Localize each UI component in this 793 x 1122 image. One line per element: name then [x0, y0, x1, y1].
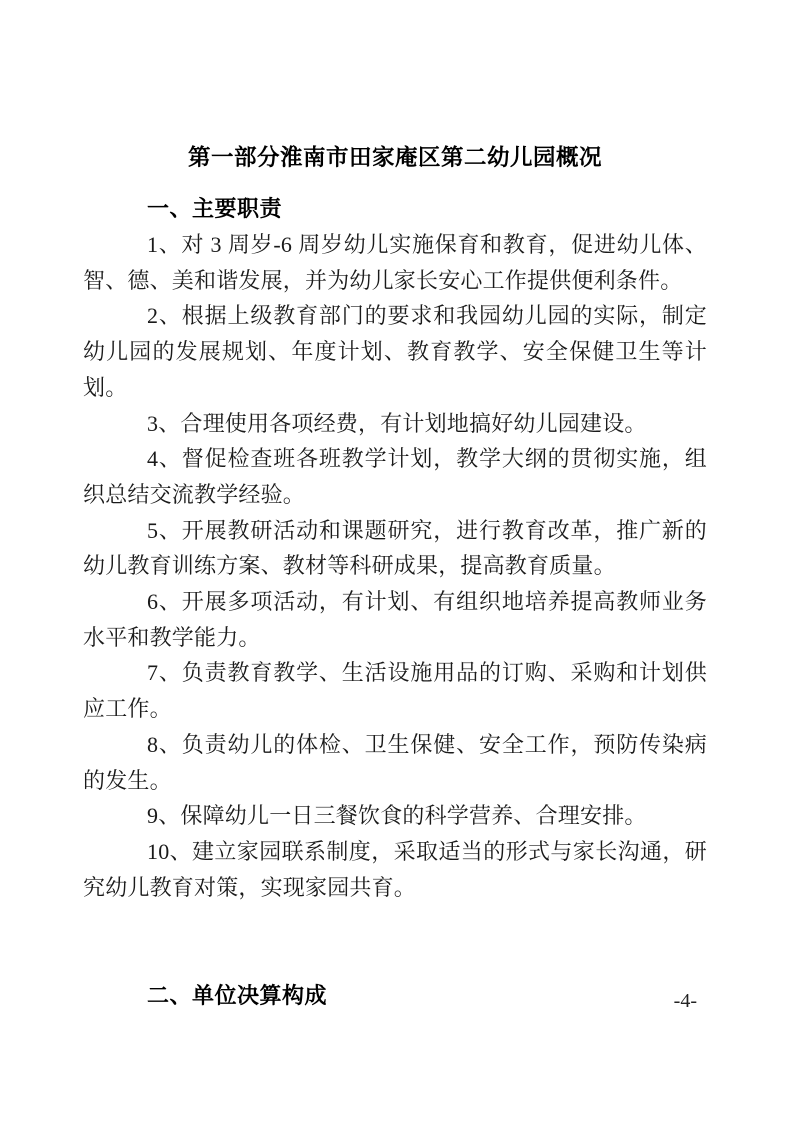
- paragraph: 6、开展多项活动，有计划、有组织地培养提高教师业务水平和教学能力。: [83, 584, 707, 655]
- section-heading-main-duties: 一、主要职责: [83, 196, 707, 221]
- paragraph: 5、开展教研活动和课题研究，进行教育改革，推广新的幼儿教育训练方案、教材等科研成…: [83, 513, 707, 584]
- section-body-main-duties: 1、对 3 周岁-6 周岁幼儿实施保育和教育，促进幼儿体、智、德、美和谐发展，并…: [83, 227, 707, 905]
- document-content: 第一部分淮南市田家庵区第二幼儿园概况 一、主要职责 1、对 3 周岁-6 周岁幼…: [83, 0, 707, 1008]
- paragraph: 9、保障幼儿一日三餐饮食的科学营养、合理安排。: [83, 798, 707, 834]
- section-heading-budget-composition: 二、单位决算构成: [83, 983, 707, 1008]
- paragraph: 10、建立家园联系制度，采取适当的形式与家长沟通，研究幼儿教育对策，实现家园共育…: [83, 834, 707, 905]
- section-budget-composition: 二、单位决算构成: [83, 983, 707, 1008]
- paragraph: 8、负责幼儿的体检、卫生保健、安全工作，预防传染病的发生。: [83, 727, 707, 798]
- paragraph: 4、督促检查班各班教学计划，教学大纲的贯彻实施，组织总结交流教学经验。: [83, 441, 707, 512]
- paragraph: 1、对 3 周岁-6 周岁幼儿实施保育和教育，促进幼儿体、智、德、美和谐发展，并…: [83, 227, 707, 298]
- document-title: 第一部分淮南市田家庵区第二幼儿园概况: [83, 145, 707, 170]
- document-page: 第一部分淮南市田家庵区第二幼儿园概况 一、主要职责 1、对 3 周岁-6 周岁幼…: [0, 0, 793, 1122]
- paragraph: 3、合理使用各项经费，有计划地搞好幼儿园建设。: [83, 406, 707, 442]
- section-main-duties: 一、主要职责 1、对 3 周岁-6 周岁幼儿实施保育和教育，促进幼儿体、智、德、…: [83, 196, 707, 905]
- paragraph: 2、根据上级教育部门的要求和我园幼儿园的实际，制定幼儿园的发展规划、年度计划、教…: [83, 298, 707, 405]
- page-number: -4-: [674, 990, 697, 1012]
- paragraph: 7、负责教育教学、生活设施用品的订购、采购和计划供应工作。: [83, 655, 707, 726]
